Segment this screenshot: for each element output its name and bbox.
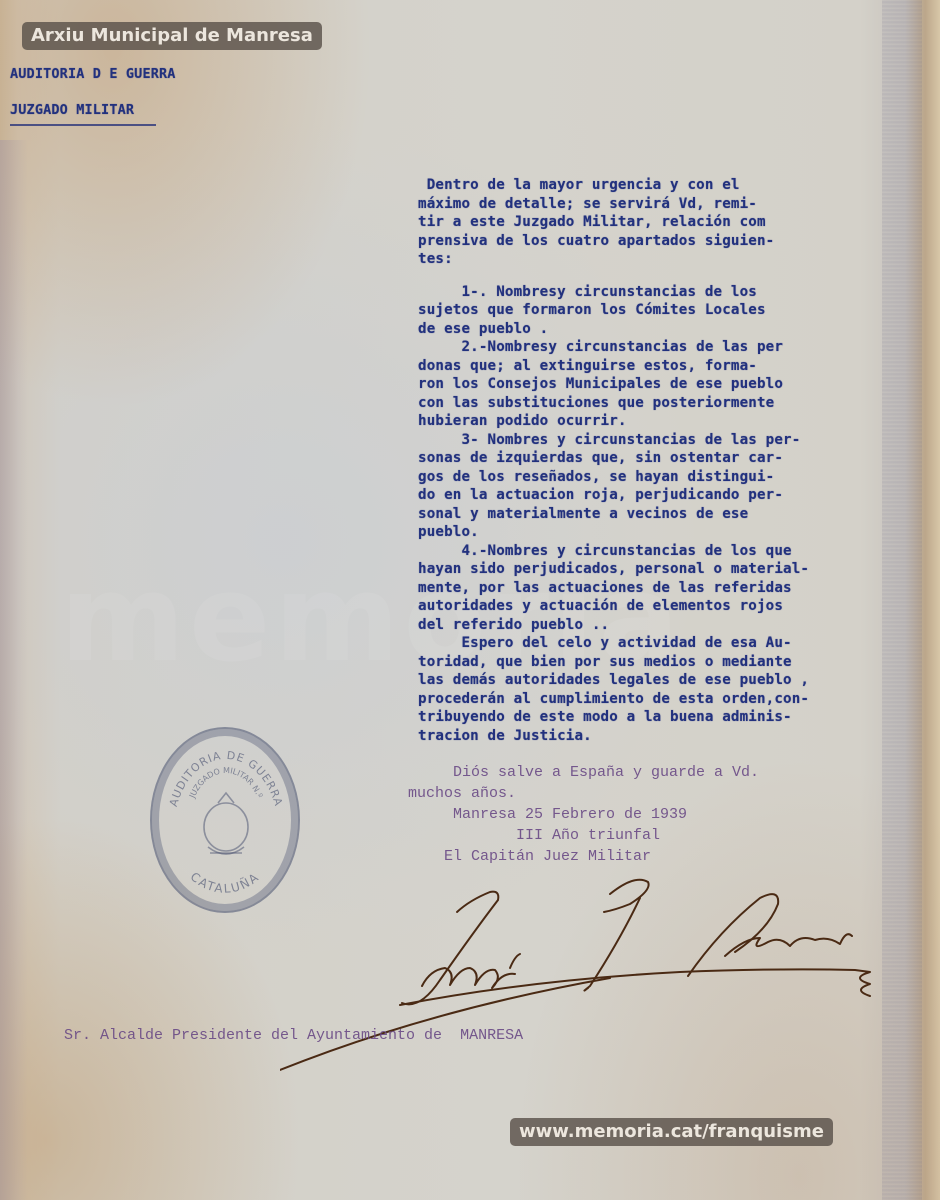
request-item-line: sonas de izquierdas que, sin ostentar ca… (418, 449, 918, 468)
request-item-line: hayan sido perjudicados, personal o mate… (418, 560, 918, 579)
request-item-2: 2.-Nombresy circunstancias de las perdon… (418, 338, 918, 431)
intro-line: Dentro de la mayor urgencia y con el (418, 176, 918, 195)
request-item-line: 3- Nombres y circunstancias de las per- (418, 431, 918, 450)
intro-line: prensiva de los cuatro apartados siguien… (418, 232, 918, 251)
letterhead-line-1: AUDITORIA D E GUERRA (10, 66, 176, 82)
request-item-line: mente, por las actuaciones de las referi… (418, 579, 918, 598)
request-item-line: pueblo. (418, 523, 918, 542)
request-item-line: sujetos que formaron los Cómites Locales (418, 301, 918, 320)
intro-line: máximo de detalle; se servirá Vd, remi- (418, 195, 918, 214)
request-item-line: autoridades y actuación de elementos roj… (418, 597, 918, 616)
closing-line: III Año triunfal (408, 825, 759, 846)
request-item-line: de ese pueblo . (418, 320, 918, 339)
request-item-line: gos de los reseñados, se hayan distingui… (418, 468, 918, 487)
source-url-badge[interactable]: www.memoria.cat/franquisme (510, 1118, 833, 1146)
request-item-line: ron los Consejos Municipales de ese pueb… (418, 375, 918, 394)
letter-body: Dentro de la mayor urgencia y con elmáxi… (418, 176, 918, 745)
closing-block: Diós salve a España y guarde a Vd.muchos… (408, 762, 759, 867)
request-item-line: del referido pueblo .. (418, 616, 918, 635)
request-item-line: 2.-Nombresy circunstancias de las per (418, 338, 918, 357)
request-item-line: hubieran podido ocurrir. (418, 412, 918, 431)
svg-text:CATALUÑA: CATALUÑA (188, 869, 263, 895)
letterhead-line-2: JUZGADO MILITAR (10, 102, 176, 118)
intro-line: tir a este Juzgado Militar, relación com (418, 213, 918, 232)
intro-paragraph: Dentro de la mayor urgencia y con elmáxi… (418, 176, 918, 269)
closing-paragraph-line: toridad, que bien por sus medios o media… (418, 653, 918, 672)
closing-line: Manresa 25 Febrero de 1939 (408, 804, 759, 825)
closing-paragraph: Espero del celo y actividad de esa Au-to… (418, 634, 918, 745)
request-item-line: do en la actuacion roja, perjudicando pe… (418, 486, 918, 505)
closing-paragraph-line: las demás autoridades legales de ese pue… (418, 671, 918, 690)
request-item-3: 3- Nombres y circunstancias de las per-s… (418, 431, 918, 542)
svg-text:AUDITORIA DE GUERRA: AUDITORIA DE GUERRA (167, 749, 285, 808)
request-item-4: 4.-Nombres y circunstancias de los queha… (418, 542, 918, 635)
request-item-line: 4.-Nombres y circunstancias de los que (418, 542, 918, 561)
closing-paragraph-line: procederán al cumplimiento de esta orden… (418, 690, 918, 709)
archive-label: Arxiu Municipal de Manresa (22, 22, 322, 50)
request-items: 1-. Nombresy circunstancias de lossujeto… (418, 283, 918, 635)
closing-paragraph-line: Espero del celo y actividad de esa Au- (418, 634, 918, 653)
stamp-seal-icon: AUDITORIA DE GUERRA JUZGADO MILITAR N.º … (152, 729, 298, 911)
handwritten-signature (280, 860, 900, 1085)
intro-line: tes: (418, 250, 918, 269)
closing-line: muchos años. (408, 783, 759, 804)
request-item-line: 1-. Nombresy circunstancias de los (418, 283, 918, 302)
letterhead-underline (10, 124, 156, 126)
signature-scribble-icon (280, 860, 900, 1080)
official-stamp: AUDITORIA DE GUERRA JUZGADO MILITAR N.º … (150, 727, 300, 913)
request-item-1: 1-. Nombresy circunstancias de lossujeto… (418, 283, 918, 339)
request-item-line: sonal y materialmente a vecinos de ese (418, 505, 918, 524)
closing-line: Diós salve a España y guarde a Vd. (408, 762, 759, 783)
closing-paragraph-line: tracion de Justicia. (418, 727, 918, 746)
closing-paragraph-line: tribuyendo de este modo a la buena admin… (418, 708, 918, 727)
addressee-line: Sr. Alcalde Presidente del Ayuntamiento … (64, 1025, 523, 1046)
request-item-line: con las substituciones que posteriorment… (418, 394, 918, 413)
paper-edge-shadow (0, 140, 28, 1200)
letterhead: AUDITORIA D E GUERRA JUZGADO MILITAR (10, 66, 176, 126)
request-item-line: donas que; al extinguirse estos, forma- (418, 357, 918, 376)
